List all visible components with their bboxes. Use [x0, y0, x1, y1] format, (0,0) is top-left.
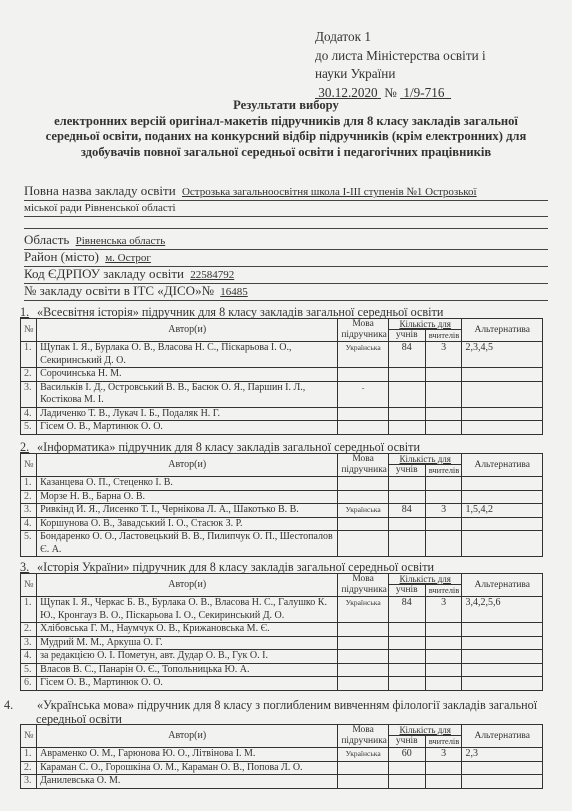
row-language: [338, 517, 389, 531]
col-language-header: Мова підручника: [338, 454, 389, 477]
row-students: [388, 623, 425, 637]
row-alternative: [462, 421, 543, 435]
table-row: 5.Власов В. С., Панарін О. Є., Топольниц…: [21, 663, 543, 677]
row-alternative: [462, 650, 543, 664]
row-authors: Караман С. О., Горошкіна О. М., Караман …: [37, 761, 338, 775]
table-row: 6.Гісем О. В., Мартинюк О. О.: [21, 677, 543, 691]
edrpou-field: Код ЄДРПОУ закладу освіти 22584792: [24, 266, 548, 284]
row-number: 2.: [21, 490, 37, 504]
row-teachers: 3: [425, 748, 462, 762]
row-authors: Щупак І. Я., Бурлака О. В., Власова Н. С…: [37, 342, 338, 368]
table-header-row: №Автор(и)Мова підручникаКількість дляАль…: [21, 574, 543, 585]
col-students-header: учнів: [388, 465, 425, 477]
row-alternative: [462, 677, 543, 691]
table-row: 1.Щупак І. Я., Бурлака О. В., Власова Н.…: [21, 342, 543, 368]
row-alternative: [462, 368, 543, 382]
row-number: 6.: [21, 677, 37, 691]
appendix-header: Додаток 1 до листа Міністерства освіти і…: [315, 28, 565, 102]
appendix-line-3: науки України: [315, 65, 565, 84]
row-language: [338, 368, 389, 382]
row-number: 1.: [21, 342, 37, 368]
row-number: 2.: [21, 623, 37, 637]
row-students: [388, 368, 425, 382]
col-students-header: учнів: [388, 736, 425, 748]
title-subtitle: електронних версій оригінал-макетів підр…: [10, 114, 562, 161]
row-students: [388, 407, 425, 421]
row-language: Українська: [338, 342, 389, 368]
row-authors: Ривкінд Й. Я., Лисенко Т. І., Чернікова …: [37, 504, 338, 518]
row-authors: Авраменко О. М., Гарюнова Ю. О., Літвіно…: [37, 748, 338, 762]
col-num-header: №: [21, 725, 37, 748]
row-alternative: [462, 775, 543, 789]
row-teachers: [425, 636, 462, 650]
table-row: 4.Ладиченко Т. В., Лукач І. Б., Подаляк …: [21, 407, 543, 421]
diso-value: 16485: [220, 286, 248, 298]
row-number: 3.: [21, 381, 37, 407]
row-alternative: 2,3: [462, 748, 543, 762]
row-number: 1.: [21, 597, 37, 623]
col-alternative-header: Альтернатива: [462, 454, 543, 477]
row-language: [338, 775, 389, 789]
row-students: [388, 531, 425, 557]
row-language: [338, 677, 389, 691]
row-language: [338, 623, 389, 637]
document-page: Додаток 1 до листа Міністерства освіти і…: [0, 0, 572, 811]
table-row: 3.Ривкінд Й. Я., Лисенко Т. І., Черніков…: [21, 504, 543, 518]
row-teachers: [425, 490, 462, 504]
table-row: 2.Морзе Н. В., Барна О. В.: [21, 490, 543, 504]
edrpou-value: 22584792: [190, 269, 234, 281]
row-students: [388, 517, 425, 531]
col-authors-header: Автор(и): [37, 454, 338, 477]
row-authors: Власов В. С., Панарін О. Є., Топольницьк…: [37, 663, 338, 677]
table-header-row: №Автор(и)Мова підручникаКількість дляАль…: [21, 319, 543, 330]
section-1-table: №Автор(и)Мова підручникаКількість дляАль…: [20, 318, 543, 435]
table-row: 3.Мудрий М. М., Аркуша О. Г.: [21, 636, 543, 650]
row-language: [338, 663, 389, 677]
section-4-title: 4. «Українська мова» підручник для 8 кла…: [20, 698, 556, 726]
col-num-header: №: [21, 319, 37, 342]
document-title: Результати вибору електронних версій ори…: [10, 98, 562, 160]
row-authors: за редакцією О. І. Пометун, авт. Дудар О…: [37, 650, 338, 664]
row-number: 5.: [21, 531, 37, 557]
row-teachers: [425, 531, 462, 557]
district-value: м. Острог: [105, 252, 151, 264]
row-authors: Морзе Н. В., Барна О. В.: [37, 490, 338, 504]
row-teachers: 3: [425, 504, 462, 518]
row-alternative: [462, 531, 543, 557]
row-number: 4.: [21, 407, 37, 421]
row-number: 4.: [21, 517, 37, 531]
row-authors: Данилевська О. М.: [37, 775, 338, 789]
col-authors-header: Автор(и): [37, 725, 338, 748]
row-students: 84: [388, 342, 425, 368]
row-alternative: [462, 636, 543, 650]
region-value: Рівненська область: [76, 235, 166, 247]
row-number: 3.: [21, 504, 37, 518]
row-number: 5.: [21, 663, 37, 677]
col-language-header: Мова підручника: [338, 319, 389, 342]
row-number: 2.: [21, 368, 37, 382]
row-teachers: [425, 650, 462, 664]
row-alternative: [462, 477, 543, 491]
row-number: 3.: [21, 775, 37, 789]
row-teachers: 3: [425, 597, 462, 623]
table-row: 1.Щупак І. Я., Черкас Б. В., Бурлака О. …: [21, 597, 543, 623]
table-row: 1.Казанцева О. П., Стеценко І. В.: [21, 477, 543, 491]
row-teachers: [425, 775, 462, 789]
row-teachers: [425, 663, 462, 677]
region-field: Область Рівненська область: [24, 232, 548, 250]
row-authors: Щупак І. Я., Черкас Б. В., Бурлака О. В.…: [37, 597, 338, 623]
region-label: Область: [24, 232, 69, 247]
row-students: [388, 761, 425, 775]
row-language: Українська: [338, 597, 389, 623]
row-alternative: [462, 381, 543, 407]
row-number: 5.: [21, 421, 37, 435]
row-students: [388, 650, 425, 664]
col-quantity-header: Кількість для: [388, 454, 462, 465]
col-students-header: учнів: [388, 585, 425, 597]
row-students: 60: [388, 748, 425, 762]
row-language: [338, 636, 389, 650]
row-students: [388, 677, 425, 691]
row-alternative: [462, 407, 543, 421]
col-quantity-header: Кількість для: [388, 574, 462, 585]
row-alternative: [462, 623, 543, 637]
col-alternative-header: Альтернатива: [462, 319, 543, 342]
row-students: [388, 421, 425, 435]
section-4-table: №Автор(и)Мова підручникаКількість дляАль…: [20, 724, 543, 789]
col-teachers-header: вчителів: [425, 330, 462, 342]
appendix-line-1: Додаток 1: [315, 28, 565, 47]
district-field: Район (місто) м. Острог: [24, 249, 548, 267]
row-number: 3.: [21, 636, 37, 650]
table-row: 3.Данилевська О. М.: [21, 775, 543, 789]
col-quantity-header: Кількість для: [388, 319, 462, 330]
row-number: 1.: [21, 477, 37, 491]
row-alternative: [462, 663, 543, 677]
col-quantity-header: Кількість для: [388, 725, 462, 736]
row-teachers: [425, 623, 462, 637]
row-language: Українська: [338, 748, 389, 762]
row-teachers: [425, 381, 462, 407]
row-students: [388, 477, 425, 491]
row-teachers: 3: [425, 342, 462, 368]
row-number: 4.: [21, 650, 37, 664]
row-alternative: 3,4,2,5,6: [462, 597, 543, 623]
row-authors: Гісем О. В., Мартинюк О. О.: [37, 421, 338, 435]
diso-field: № закладу освіти в ІТС «ДІСО»№ 16485: [24, 283, 548, 301]
section-2-table: №Автор(и)Мова підручникаКількість дляАль…: [20, 453, 543, 557]
diso-label: № закладу освіти в ІТС «ДІСО»№: [24, 283, 214, 298]
col-language-header: Мова підручника: [338, 725, 389, 748]
row-language: Українська: [338, 504, 389, 518]
section-3-table: №Автор(и)Мова підручникаКількість дляАль…: [20, 573, 543, 691]
school-full-name-label: Повна назва закладу освіти: [24, 183, 176, 198]
row-language: [338, 477, 389, 491]
section-1-title: 1. «Всесвітня історія» підручник для 8 к…: [20, 305, 560, 319]
school-full-name-value-2: міської ради Рівненської області: [24, 202, 176, 214]
table-row: 4.Коршунова О. В., Завадський І. О., Ста…: [21, 517, 543, 531]
row-language: [338, 421, 389, 435]
col-teachers-header: вчителів: [425, 585, 462, 597]
row-alternative: [462, 490, 543, 504]
row-teachers: [425, 677, 462, 691]
row-students: [388, 381, 425, 407]
row-students: 84: [388, 504, 425, 518]
section-3-title: 3. «Історія України» підручник для 8 кла…: [20, 560, 560, 574]
row-alternative: [462, 761, 543, 775]
row-students: 84: [388, 597, 425, 623]
row-teachers: [425, 517, 462, 531]
blank-line: [24, 228, 548, 229]
col-teachers-header: вчителів: [425, 465, 462, 477]
table-row: 1.Авраменко О. М., Гарюнова Ю. О., Літві…: [21, 748, 543, 762]
district-label: Район (місто): [24, 249, 99, 264]
row-authors: Гісем О. В., Мартинюк О. О.: [37, 677, 338, 691]
row-authors: Мудрий М. М., Аркуша О. Г.: [37, 636, 338, 650]
row-number: 1.: [21, 748, 37, 762]
row-teachers: [425, 368, 462, 382]
section-2-title: 2. «Інформатика» підручник для 8 класу з…: [20, 440, 560, 454]
row-students: [388, 663, 425, 677]
edrpou-label: Код ЄДРПОУ закладу освіти: [24, 266, 184, 281]
row-teachers: [425, 421, 462, 435]
table-row: 5.Гісем О. В., Мартинюк О. О.: [21, 421, 543, 435]
table-row: 4.за редакцією О. І. Пометун, авт. Дудар…: [21, 650, 543, 664]
row-authors: Казанцева О. П., Стеценко І. В.: [37, 477, 338, 491]
row-language: [338, 531, 389, 557]
row-authors: Коршунова О. В., Завадський І. О., Стасю…: [37, 517, 338, 531]
title-heading: Результати вибору: [10, 98, 562, 114]
row-language: [338, 490, 389, 504]
table-row: 5.Бондаренко О. О., Ластовецький В. В., …: [21, 531, 543, 557]
table-row: 3.Васильків І. Д., Островський В. В., Ба…: [21, 381, 543, 407]
row-teachers: [425, 761, 462, 775]
col-alternative-header: Альтернатива: [462, 574, 543, 597]
table-row: 2.Караман С. О., Горошкіна О. М., Карама…: [21, 761, 543, 775]
col-authors-header: Автор(и): [37, 319, 338, 342]
table-row: 2.Сорочинська Н. М.: [21, 368, 543, 382]
school-full-name-field-line2: міської ради Рівненської області: [24, 199, 548, 217]
row-authors: Сорочинська Н. М.: [37, 368, 338, 382]
row-language: -: [338, 381, 389, 407]
row-language: [338, 761, 389, 775]
row-authors: Хлібовська Г. М., Наумчук О. В., Крижано…: [37, 623, 338, 637]
row-students: [388, 775, 425, 789]
row-language: [338, 407, 389, 421]
col-num-header: №: [21, 574, 37, 597]
row-alternative: 2,3,4,5: [462, 342, 543, 368]
row-teachers: [425, 407, 462, 421]
table-header-row: №Автор(и)Мова підручникаКількість дляАль…: [21, 725, 543, 736]
row-teachers: [425, 477, 462, 491]
row-authors: Ладиченко Т. В., Лукач І. Б., Подаляк Н.…: [37, 407, 338, 421]
col-students-header: учнів: [388, 330, 425, 342]
appendix-line-2: до листа Міністерства освіти і: [315, 47, 565, 66]
row-authors: Васильків І. Д., Островський В. В., Басю…: [37, 381, 338, 407]
col-authors-header: Автор(и): [37, 574, 338, 597]
col-teachers-header: вчителів: [425, 736, 462, 748]
col-alternative-header: Альтернатива: [462, 725, 543, 748]
row-students: [388, 636, 425, 650]
table-row: 2.Хлібовська Г. М., Наумчук О. В., Крижа…: [21, 623, 543, 637]
row-students: [388, 490, 425, 504]
row-alternative: 1,5,4,2: [462, 504, 543, 518]
row-alternative: [462, 517, 543, 531]
col-num-header: №: [21, 454, 37, 477]
row-authors: Бондаренко О. О., Ластовецький В. В., Пи…: [37, 531, 338, 557]
table-header-row: №Автор(и)Мова підручникаКількість дляАль…: [21, 454, 543, 465]
school-full-name-value-1: Острозька загальноосвітня школа І-ІІІ ст…: [182, 186, 477, 198]
row-number: 2.: [21, 761, 37, 775]
col-language-header: Мова підручника: [338, 574, 389, 597]
row-language: [338, 650, 389, 664]
